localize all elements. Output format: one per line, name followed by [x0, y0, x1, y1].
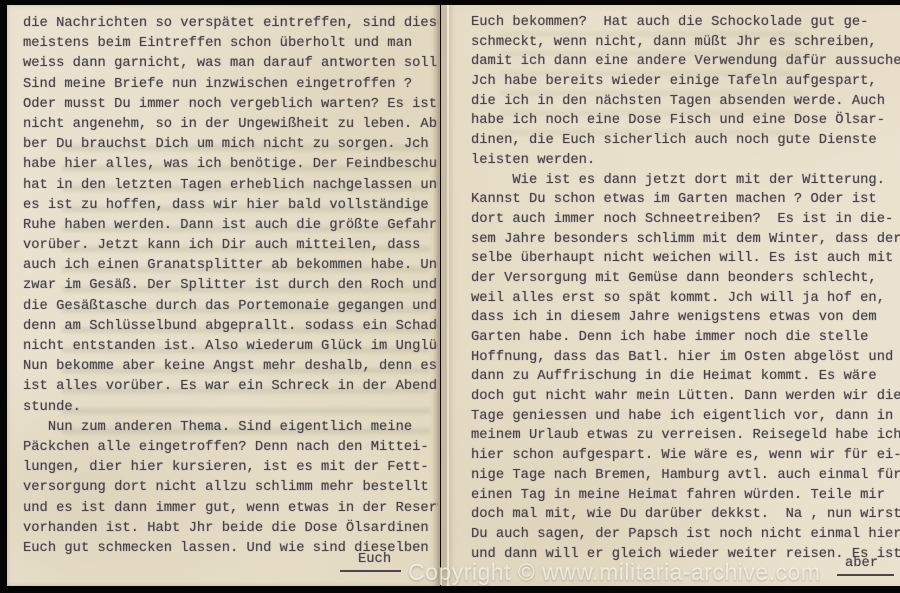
letter-line: Nun bekomme aber keine Angst mehr deshal… [23, 357, 440, 377]
letter-line: dass ich in diesem Jahre wenigstens etwa… [471, 308, 900, 328]
letter-line: Tage geniessen und habe ich eigentlich v… [471, 407, 900, 427]
letter-line: ist alles vorüber. Es war ein Schreck in… [23, 377, 440, 397]
letter-line: nicht entstanden ist. Also wiederum Glüc… [23, 337, 440, 357]
letter-line: doch gut nicht wahr mein Lütten. Dann we… [471, 387, 900, 407]
letter-line: auch ich einen Granatsplitter ab bekomme… [23, 256, 440, 276]
letter-line: Hoffnung, dass das Batl. hier im Osten a… [471, 348, 900, 368]
watermark: Copyright © www.militaria-archive.com [408, 559, 821, 586]
left-page: die Nachrichten so verspätet eintreffen,… [7, 5, 440, 586]
left-catchword: Euch [340, 552, 401, 572]
letter-line: nige Tage nach Bremen, Hamburg avtl. auc… [471, 466, 900, 486]
letter-line: stunde. [23, 398, 440, 418]
letter-line: Wie ist es dann jetzt dort mit der Witte… [471, 171, 900, 191]
letter-line: dinen, die Euch sicherlich auch noch gut… [471, 131, 900, 151]
letter-line: dann zu Auffrischung in die Heimat kommt… [471, 367, 900, 387]
letter-line: Euch bekommen? Hat auch die Schockolade … [471, 13, 900, 33]
letter-line: lungen, dier hier kursieren, ist es mit … [23, 458, 440, 478]
letter-line: dort auch immer noch Schneetreiben? Es i… [471, 210, 900, 230]
letter-line: meinem Urlaub etwas zu verreisen. Reiseg… [471, 426, 900, 446]
letter-line: sem Jahre besonders schlimm mit dem Wint… [471, 230, 900, 250]
letter-line: Oder musst Du immer noch vergeblich wart… [23, 95, 440, 115]
letter-line: Jch habe bereits wieder einige Tafeln au… [471, 72, 900, 92]
right-page: Euch bekommen? Hat auch die Schockolade … [441, 5, 900, 586]
letter-line: nicht angenehm, so in der Ungewißheit zu… [23, 115, 440, 135]
right-catchword: aber [837, 556, 894, 576]
letter-line: zwar im Gesäß. Der Splitter ist durch de… [23, 276, 440, 296]
letter-line: vorhanden ist. Habt Jhr beide die Dose Ö… [23, 519, 440, 539]
letter-line: Du auch sagen, der Papsch ist noch nicht… [471, 525, 900, 545]
letter-line: der Versorgung mit Gemüse dann beonders … [471, 269, 900, 289]
letter-scan: die Nachrichten so verspätet eintreffen,… [0, 0, 900, 593]
letter-line: Kannst Du schon etwas im Garten machen ?… [471, 190, 900, 210]
letter-line: denn am Schlüsselbund abgeprallt. sodass… [23, 317, 440, 337]
letter-line: leisten werden. [471, 151, 900, 171]
letter-line: selbe überhaupt nicht weichen will. Es i… [471, 249, 900, 269]
letter-line: ber Du brauchst Dich um mich nicht zu so… [23, 135, 440, 155]
letter-line: doch mal mit, wie Du darüber dekkst. Na … [471, 505, 900, 525]
letter-line: hat in den letzten Tagen erheblich nachg… [23, 176, 440, 196]
letter-line: einen Tag in meine Heimat fahren würden.… [471, 486, 900, 506]
letter-line: habe hier alles, was ich benötige. Der F… [23, 155, 440, 175]
letter-line: Garten habe. Denn ich habe immer noch di… [471, 328, 900, 348]
letter-line: damit ich dann eine andere Verwendung da… [471, 52, 900, 72]
letter-line: habe ich noch eine Dose Fisch und eine D… [471, 111, 900, 131]
letter-line: weil alles erst so spät kommt. Jch will … [471, 289, 900, 309]
letter-line: und es ist dann immer gut, wenn etwas in… [23, 499, 440, 519]
letter-line: versorgung dort nicht allzu schlimm mehr… [23, 478, 440, 498]
letter-line: hier schon aufgespart. Wie wäre es, wenn… [471, 446, 900, 466]
fold-crease [447, 5, 449, 586]
letter-line: die Gesäßtasche durch das Portemonaie ge… [23, 297, 440, 317]
letter-line: weiss dann garnicht, was man darauf antw… [23, 54, 440, 74]
letter-line: Nun zum anderen Thema. Sind eigentlich m… [23, 418, 440, 438]
letter-line: die ich in den nächsten Tagen absenden w… [471, 92, 900, 112]
letter-line: die Nachrichten so verspätet eintreffen,… [23, 14, 440, 34]
right-page-text: Euch bekommen? Hat auch die Schockolade … [471, 13, 900, 564]
letter-line: Sind meine Briefe nun inzwischen eingetr… [23, 75, 440, 95]
letter-line: vorüber. Jetzt kann ich Dir auch mitteil… [23, 236, 440, 256]
letter-line: Ruhe haben werden. Dann ist auch die grö… [23, 216, 440, 236]
letter-line: Päckchen alle eingetroffen? Denn nach de… [23, 438, 440, 458]
left-page-text: die Nachrichten so verspätet eintreffen,… [23, 14, 440, 559]
letter-line: meistens beim Eintreffen schon überholt … [23, 34, 440, 54]
letter-line: es ist zu hoffen, dass wir hier bald vol… [23, 196, 440, 216]
letter-line: schmeckt, wenn nicht, dann müßt Jhr es s… [471, 33, 900, 53]
